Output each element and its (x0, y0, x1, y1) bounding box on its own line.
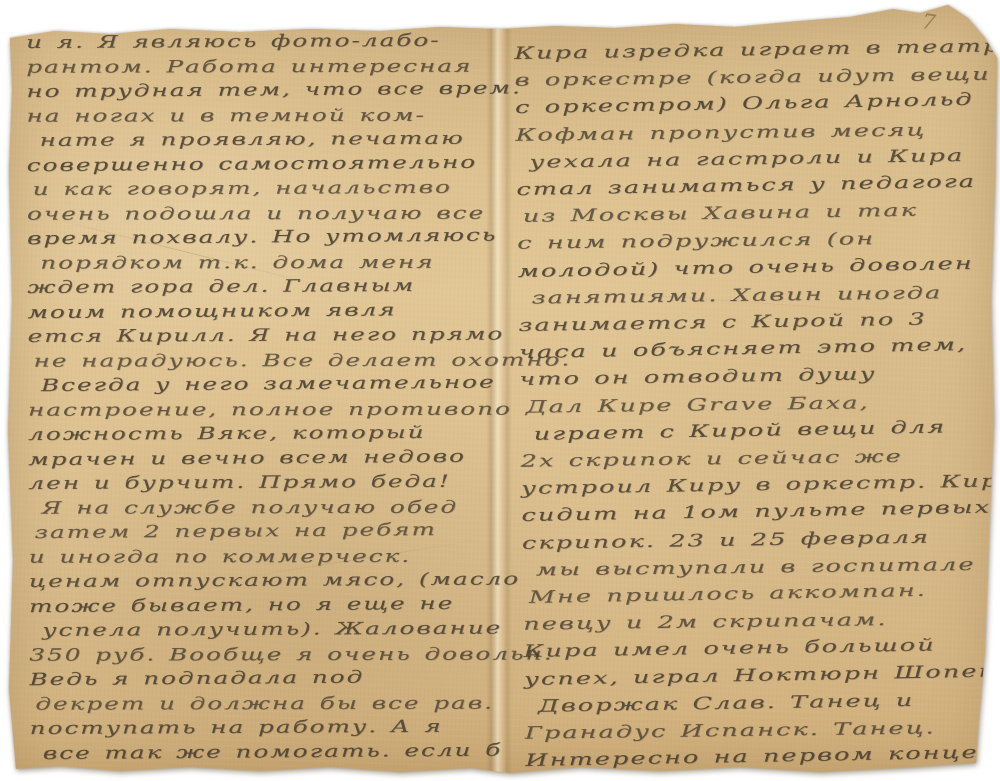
handwritten-line: поступать на работу. А я (30, 714, 574, 741)
page-number-annotation: 7 (920, 9, 937, 35)
handwritten-line: все так же помогать. если б (43, 738, 574, 767)
handwritten-line: успела получить). Жалование (42, 616, 573, 643)
handwritten-line: и как говорят, начальство (33, 175, 571, 202)
handwritten-line: затем 2 первых на ребят (34, 517, 572, 546)
handwritten-line: но трудная тем, что все врем. (26, 76, 570, 105)
handwritten-line: моим помощником явля (27, 296, 571, 325)
handwritten-line: порядком т.к. дома меня (40, 250, 571, 276)
handwritten-line: Всегда у него замечательное (41, 370, 572, 399)
handwritten-line: и иногда по коммерческ. (29, 544, 573, 570)
scanned-letter-page: 7 и я. Я являюсь фото-лабо-рантом. Работ… (0, 0, 1000, 781)
handwritten-line: нате я проявляю, печатаю (40, 126, 571, 153)
letter-paper: 7 и я. Я являюсь фото-лабо-рантом. Работ… (0, 0, 1000, 781)
handwritten-line: мрачен и вечно всем недово (28, 443, 572, 472)
handwritten-line: тоже бывает, но я еще не (29, 590, 573, 619)
handwritten-line: декрет и должна бы все рав. (35, 691, 573, 717)
handwritten-line: настроение, полное противопо (28, 397, 572, 423)
handwritten-line: и я. Я являюсь фото-лабо- (26, 28, 570, 55)
handwritten-line: лен и бурчит. Прямо беда! (28, 469, 572, 496)
handwritten-line: время похвалу. Но утомляюсь (27, 223, 571, 252)
paper-shadow-wrap: 7 и я. Я являюсь фото-лабо-рантом. Работ… (0, 0, 1000, 781)
handwritten-line: ценам отпускают мясо, (масло (29, 567, 573, 594)
handwritten-line: Ведь я подпадала под (29, 664, 573, 693)
handwritten-line: ется Кирилл. Я на него прямо (28, 322, 572, 349)
letter-left-page-text: и я. Я являюсь фото-лабо-рантом. Работа … (26, 28, 573, 766)
handwritten-line: на ногах и в темной ком- (26, 103, 570, 129)
handwritten-line: совершенно самостоятельно (27, 149, 571, 178)
handwritten-line: ложность Вяке, который (28, 420, 572, 447)
handwritten-line: ждет гора дел. Главным (27, 273, 571, 300)
letter-right-page-text: Кира изредка играет в театрев оркестре (… (514, 33, 1000, 775)
